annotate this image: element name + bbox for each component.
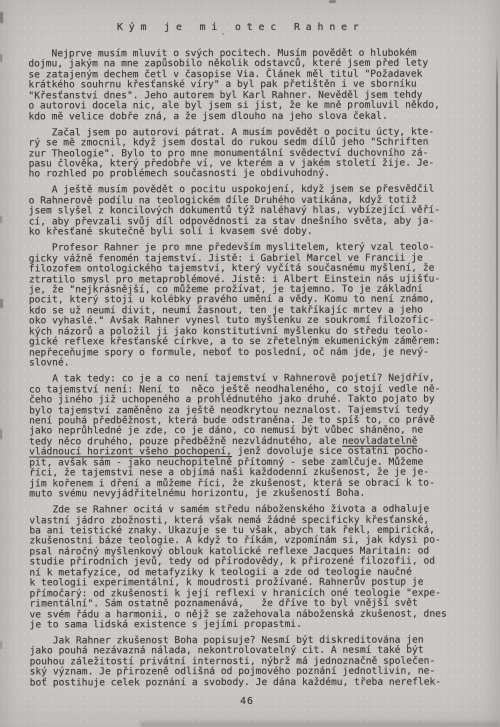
scan-smudge xyxy=(0,12,3,23)
scan-smudge xyxy=(0,641,2,649)
paragraph: Zde se Rahner ocitá v samém středu nábož… xyxy=(29,505,469,631)
scanned-document-page: K ý m j e m i o t e c R a h n e r Nejprv… xyxy=(0,0,500,727)
text-line: ho rozhled po problémech současnosti je … xyxy=(29,169,469,180)
underlined-text: vládnoucí horizont všeho pochopení, xyxy=(29,446,232,457)
scan-smudge xyxy=(0,54,2,62)
document-body: Nejprve musím mluvit o svých pocitech. M… xyxy=(28,49,469,695)
paragraph: Profesor Rahner je pro mne především mys… xyxy=(29,243,469,369)
text-line: muto svému nevyjádřitelnému horizontu, j… xyxy=(29,489,469,500)
text-line: kdo mě velice dobře zná, a že jsem dlouh… xyxy=(28,111,468,122)
scan-smudge xyxy=(140,719,500,727)
paragraph: Jak Rahner zkušenost Boha popisuje? Nesm… xyxy=(30,636,470,689)
text-line: ko křesťané skutečně byli solí i kvasem … xyxy=(29,227,469,238)
scan-edge-line xyxy=(496,52,498,472)
paragraph: A ještě musím povědět o pocitu uspokojen… xyxy=(29,185,469,238)
paragraph: Začal jsem po autorovi pátrat. A musím p… xyxy=(28,127,468,180)
text-line: je to sama lidská existence s jejími pro… xyxy=(30,620,470,631)
text-line: nepřeceňujme spory o formule, neboť to p… xyxy=(29,347,469,358)
scan-smudge xyxy=(0,299,3,308)
scan-smudge xyxy=(0,429,2,439)
document-title: K ý m j e m i o t e c R a h n e r xyxy=(117,22,359,33)
page-number: 46 xyxy=(0,696,494,707)
text-line: slovné. xyxy=(29,358,469,369)
paragraph: A tak tedy: co je a co není tajemství v … xyxy=(29,374,469,500)
paragraph: Nejprve musím mluvit o svých pocitech. M… xyxy=(28,49,468,123)
scan-speck xyxy=(329,0,336,3)
scan-smudge xyxy=(0,216,2,223)
text-segment: jenž dovoluje sice ostatní pocho- xyxy=(232,446,429,457)
text-line: boť postihuje celek poznání a svobody. J… xyxy=(30,677,470,688)
scan-speck xyxy=(222,33,224,35)
